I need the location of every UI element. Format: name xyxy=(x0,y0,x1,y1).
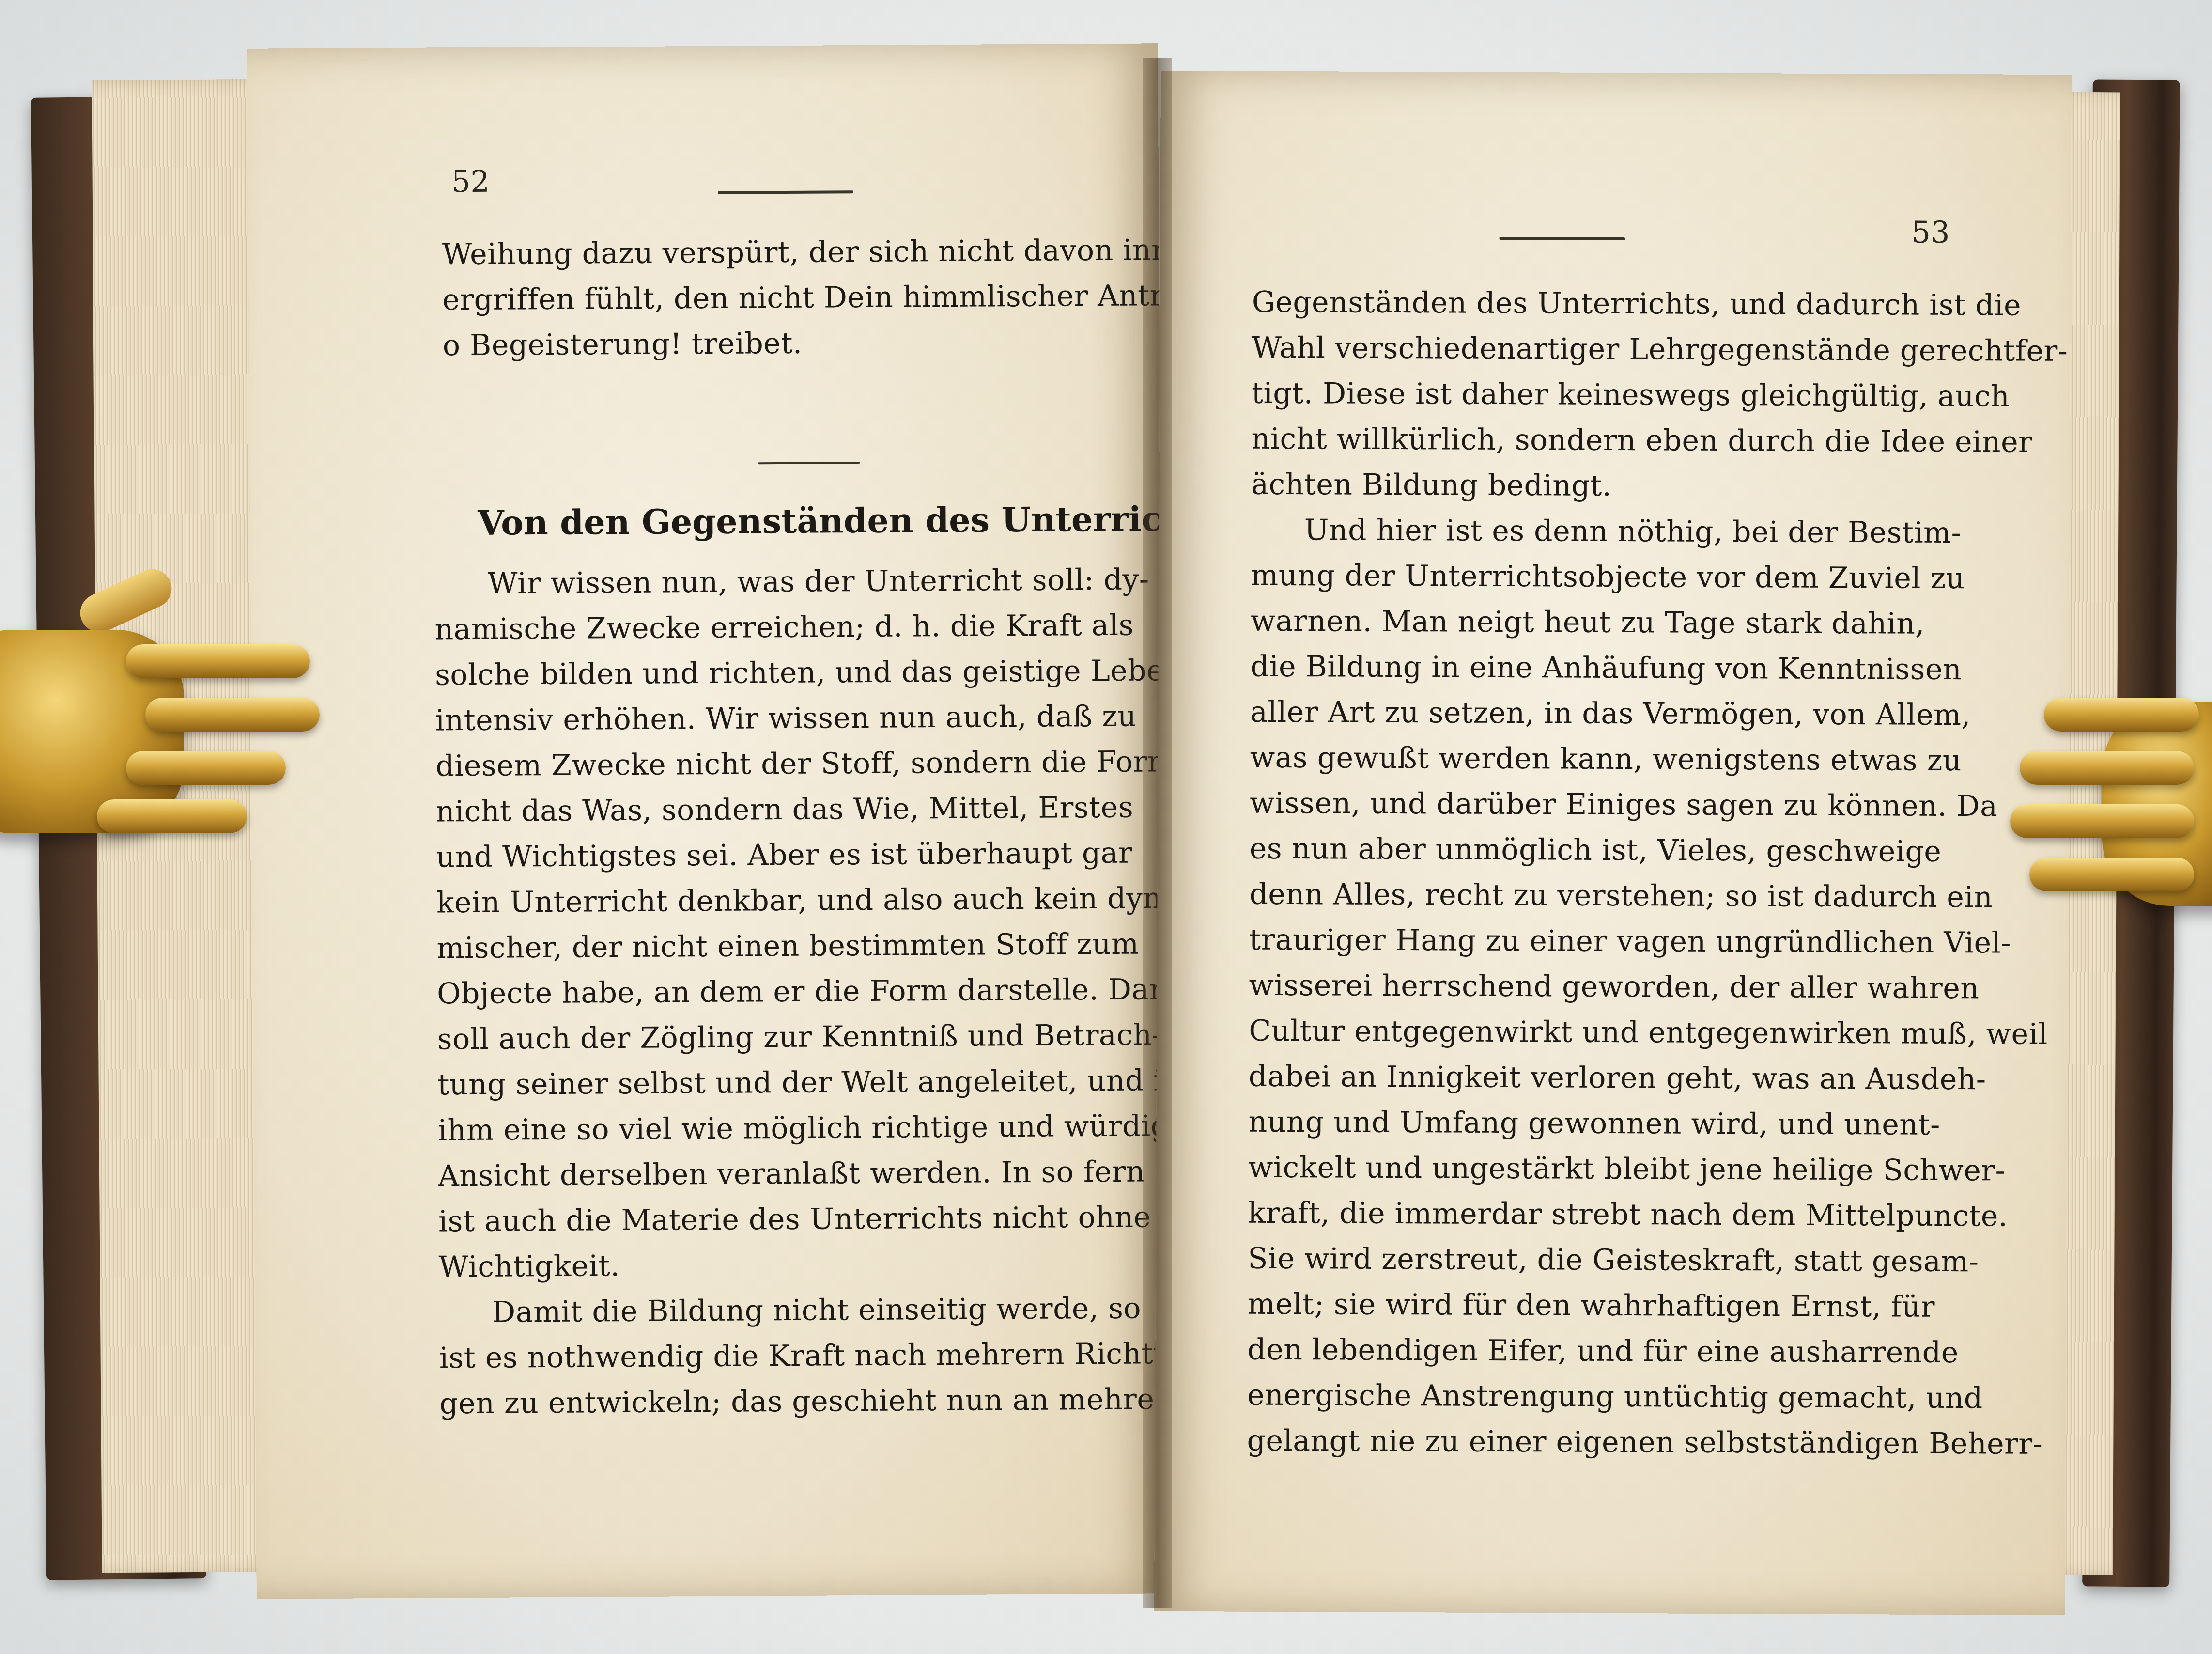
text-line: tung seiner selbst und der Welt angeleit… xyxy=(437,1058,1130,1108)
text-line: gen zu entwickeln; das geschieht nun an … xyxy=(439,1377,1132,1427)
text-line: gelangt nie zu einer eigenen selbstständ… xyxy=(1247,1418,1925,1467)
text-line: nicht willkürlich, sondern eben durch di… xyxy=(1251,416,1929,465)
text-line: Objecte habe, an dem er die Form darstel… xyxy=(437,967,1130,1017)
text-line: namische Zwecke erreichen; d. h. die Kra… xyxy=(434,603,1128,653)
body-text: Wir wissen nun, was der Unterricht soll:… xyxy=(434,557,1132,1427)
text-line: solche bilden und richten, und das geist… xyxy=(435,648,1128,698)
section-heading: Von den Gegenständen des Unterrichts. xyxy=(478,498,1167,543)
text-line: o Begeisterung! treibet. xyxy=(443,319,1121,369)
text-line: mung der Unterrichtsobjecte vor dem Zuvi… xyxy=(1251,553,1929,601)
text-line: kraft, die immerdar strebt nach dem Mitt… xyxy=(1248,1190,1926,1239)
text-line: mischer, der nicht einen bestimmten Stof… xyxy=(436,921,1129,971)
text-line: Weihung dazu verspürt, der sich nicht da… xyxy=(442,228,1121,278)
text-line: Wahl verschiedenartiger Lehrgegenstände … xyxy=(1252,325,1930,374)
text-line: energische Anstrengung untüchtig gemacht… xyxy=(1247,1373,1925,1421)
left-page: 52 Weihung dazu verspürt, der sich nicht… xyxy=(247,43,1167,1599)
text-line: Wir wissen nun, was der Unterricht soll:… xyxy=(434,557,1128,607)
page-number: 52 xyxy=(451,164,490,199)
text-line: den lebendigen Eifer, und für eine ausha… xyxy=(1247,1327,1925,1375)
text-line: aller Art zu setzen, in das Vermögen, vo… xyxy=(1250,689,1928,738)
header-rule xyxy=(718,190,853,194)
text-line: soll auch der Zögling zur Kenntniß und B… xyxy=(437,1013,1130,1062)
text-line: die Bildung in eine Anhäufung von Kenntn… xyxy=(1250,644,1928,692)
brass-finger xyxy=(2010,804,2194,838)
text-line: ergriffen fühlt, den nicht Dein himmlisc… xyxy=(442,273,1121,323)
text-line: Und hier ist es denn nöthig, bei der Bes… xyxy=(1251,507,1929,556)
text-line: Sie wird zerstreut, die Geisteskraft, st… xyxy=(1248,1236,1926,1284)
text-line: wickelt und ungestärkt bleibt jene heili… xyxy=(1248,1145,1926,1193)
text-line: Damit die Bildung nicht einseitig werde,… xyxy=(439,1286,1132,1336)
text-line: ihm eine so viel wie möglich richtige un… xyxy=(438,1104,1131,1154)
text-line: ist es nothwendig die Kraft nach mehrern… xyxy=(439,1331,1132,1381)
brass-finger xyxy=(145,698,320,732)
page-number: 53 xyxy=(1911,215,1949,250)
brass-finger xyxy=(126,644,310,678)
body-text: Gegenständen des Unterrichts, und dadurc… xyxy=(1247,280,1930,1467)
text-line: Wichtigkeit. xyxy=(438,1240,1131,1290)
section-divider-rule xyxy=(758,462,860,464)
text-line: wisserei herrschend geworden, der aller … xyxy=(1249,963,1927,1011)
text-line: und Wichtigstes sei. Aber es ist überhau… xyxy=(436,830,1129,880)
text-line: es nun aber unmöglich ist, Vieles, gesch… xyxy=(1250,826,1928,874)
text-line: warnen. Man neigt heut zu Tage stark dah… xyxy=(1251,598,1929,647)
text-line: melt; sie wird für den wahrhaftigen Erns… xyxy=(1248,1281,1926,1330)
text-line: trauriger Hang zu einer vagen ungründlic… xyxy=(1249,917,1927,966)
brass-thumb xyxy=(74,562,178,639)
brass-finger xyxy=(2029,858,2194,891)
brass-finger xyxy=(2044,698,2199,732)
text-line: intensiv erhöhen. Wir wissen nun auch, d… xyxy=(435,694,1128,744)
text-line: Ansicht derselben veranlaßt werden. In s… xyxy=(438,1149,1131,1199)
brass-hand-page-holder-left xyxy=(0,562,320,950)
brass-finger xyxy=(2020,751,2194,785)
brass-finger xyxy=(126,751,286,785)
text-line: diesem Zwecke nicht der Stoff, sondern d… xyxy=(435,739,1129,789)
text-line: nicht das Was, sondern das Wie, Mittel, … xyxy=(436,785,1129,835)
text-line: tigt. Diese ist daher keineswegs gleichg… xyxy=(1252,371,1930,419)
text-line: ächten Bildung bedingt. xyxy=(1251,462,1929,510)
text-line: denn Alles, recht zu verstehen; so ist d… xyxy=(1249,872,1927,920)
text-line: nung und Umfang gewonnen wird, und unent… xyxy=(1248,1099,1926,1148)
brass-finger xyxy=(97,799,247,833)
book-gutter xyxy=(1143,58,1172,1608)
header-rule xyxy=(1499,237,1625,240)
brass-hand-page-holder-right xyxy=(1991,659,2212,998)
text-line: was gewußt werden kann, wenigstens etwas… xyxy=(1250,735,1928,783)
text-line: dabei an Innigkeit verloren geht, was an… xyxy=(1249,1054,1927,1102)
text-line: Cultur entgegenwirkt und entgegenwirken … xyxy=(1249,1008,1927,1057)
text-line: Gegenständen des Unterrichts, und dadurc… xyxy=(1252,280,1930,328)
text-line: kein Unterricht denkbar, und also auch k… xyxy=(436,876,1129,926)
text-line: ist auch die Materie des Unterrichts nic… xyxy=(438,1195,1131,1245)
right-page: 53 Gegenständen des Unterrichts, und dad… xyxy=(1154,71,2072,1615)
continuation-paragraph: Weihung dazu verspürt, der sich nicht da… xyxy=(442,228,1121,369)
text-line: wissen, und darüber Einiges sagen zu kön… xyxy=(1250,780,1928,829)
